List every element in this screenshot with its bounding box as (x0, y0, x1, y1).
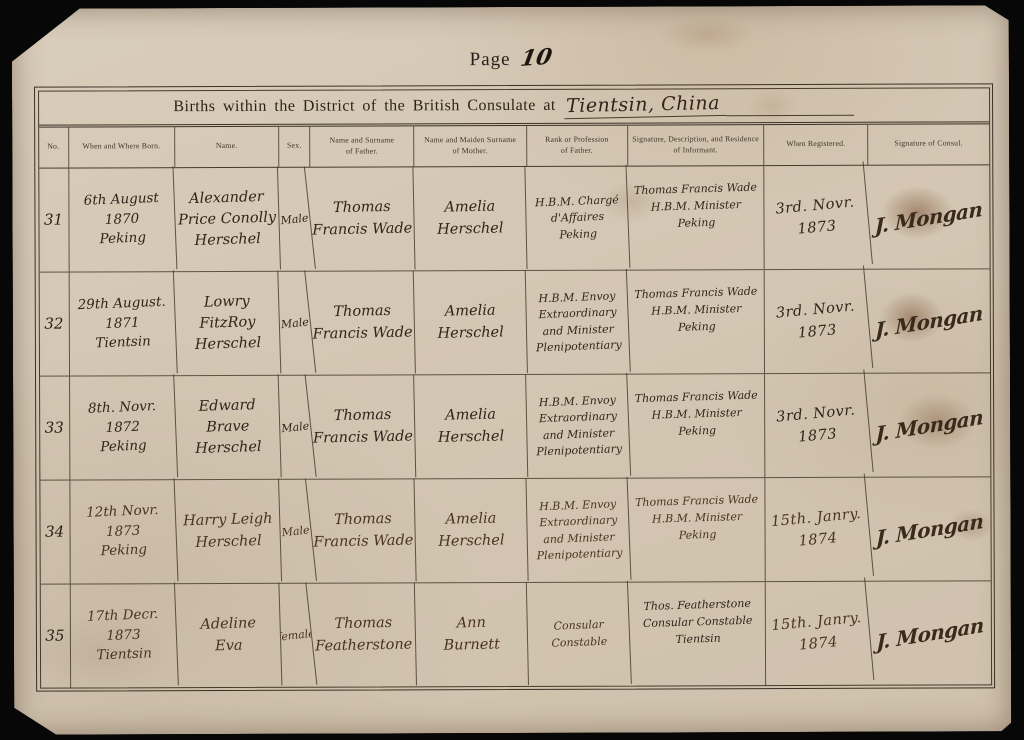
cell-born: 8th. Novr. 1872 Peking (68, 374, 178, 481)
cell-registered: 15th. Janry. 1874 (761, 577, 874, 689)
column-header-row: No. When and Where Born. Name. Sex. Name… (39, 124, 989, 168)
cell-informant: Thomas Francis Wade H.B.M. Minister Peki… (633, 172, 758, 233)
title-printed-text: Births within the District of the Britis… (173, 97, 556, 116)
cell-rank: Consular Constable (526, 580, 631, 687)
cell-informant: Thos. Featherstone Consular Constable Ti… (642, 588, 753, 648)
table-row: 34 12th Novr. 1873 Peking Harry Leigh He… (40, 477, 990, 584)
cell-no: 31 (39, 168, 69, 271)
col-header-name: Name. (175, 126, 279, 166)
cell-consul-signature: J. Mongan (870, 571, 990, 695)
births-register-table: Births within the District of the Britis… (34, 83, 995, 691)
col-header-mother: Name and Maiden Surname of Mother. (414, 125, 526, 165)
col-header-rank: Rank or Profession of Father. (527, 125, 628, 165)
page-number: 10 (518, 44, 554, 72)
cell-rank: H.B.M. Chargé d'Affaires Peking (525, 164, 630, 271)
cell-name: Lowry FitzRoy Herschel (174, 270, 281, 376)
cell-name: Harry Leigh Herschel (175, 478, 282, 584)
cell-name: Adeline Eva (175, 582, 282, 688)
cell-born: 29th August. 1871 Tientsin (67, 270, 177, 377)
page-header: Page 10 (12, 43, 1009, 72)
title-location-handwritten: Tientsin, China (564, 92, 726, 119)
cell-born: 12th Novr. 1873 Peking (68, 478, 178, 585)
cell-mother: Amelia Herschel (414, 373, 528, 478)
cell-no: 32 (39, 272, 69, 375)
cell-father: Thomas Featherstone (311, 582, 417, 687)
cell-consul-signature: J. Mongan (869, 363, 989, 487)
cell-registered: 3rd. Novr. 1873 (760, 265, 873, 377)
table-row: 31 6th August 1870 Peking Alexander Pric… (39, 165, 989, 272)
col-header-no: No. (39, 127, 69, 167)
col-header-informant: Signature, Description, and Residence of… (628, 125, 764, 165)
cell-mother: Amelia Herschel (415, 477, 529, 582)
cell-no: 35 (40, 584, 70, 687)
col-header-father: Name and Surname of Father. (310, 126, 414, 166)
cell-registered: 15th. Janry. 1874 (761, 473, 874, 585)
table-title: Births within the District of the Britis… (39, 88, 989, 127)
cell-father: Thomas Francis Wade (311, 478, 417, 583)
cell-consul-signature: J. Mongan (869, 259, 989, 383)
cell-informant: Thomas Francis Wade H.B.M. Minister Peki… (635, 484, 760, 545)
register-page-scan: Page 10 Births within the District of th… (12, 5, 1012, 734)
cell-father: Thomas Francis Wade (310, 374, 416, 479)
cell-mother: Amelia Herschel (414, 165, 528, 270)
cell-informant: Thomas Francis Wade H.B.M. Minister Peki… (634, 276, 759, 337)
cell-father: Thomas Francis Wade (309, 166, 415, 271)
cell-no: 34 (40, 480, 70, 583)
cell-rank: H.B.M. Envoy Extraordinary and Minister … (526, 372, 631, 479)
cell-name: Edward Brave Herschel (174, 374, 281, 480)
page-label: Page (470, 49, 511, 70)
cell-informant: Thomas Francis Wade H.B.M. Minister Peki… (634, 380, 759, 441)
cell-consul-signature: J. Mongan (869, 155, 989, 279)
cell-registered: 3rd. Novr. 1873 (761, 369, 874, 481)
title-underline-rule (726, 114, 854, 115)
table-row: 33 8th. Novr. 1872 Peking Edward Brave H… (40, 373, 990, 480)
col-header-sex: Sex. (279, 126, 310, 166)
cell-no: 33 (40, 376, 70, 479)
col-header-when-where-born: When and Where Born. (69, 127, 175, 167)
cell-born: 17th Decr. 1873 Tientsin (69, 582, 179, 689)
cell-father: Thomas Francis Wade (310, 270, 416, 375)
table-row: 32 29th August. 1871 Tientsin Lowry Fitz… (39, 269, 989, 376)
cell-mother: Amelia Herschel (414, 269, 528, 374)
cell-mother: Ann Burnett (415, 581, 529, 686)
col-header-when-registered: When Registered. (764, 124, 868, 164)
cell-registered: 3rd. Novr. 1873 (760, 161, 873, 273)
cell-consul-signature: J. Mongan (870, 467, 990, 591)
table-row: 35 17th Decr. 1873 Tientsin Adeline Eva … (40, 581, 990, 687)
cell-rank: H.B.M. Envoy Extraordinary and Minister … (526, 476, 631, 583)
cell-born: 6th August 1870 Peking (67, 166, 177, 273)
cell-name: Alexander Price Conolly Herschel (174, 166, 281, 272)
cell-rank: H.B.M. Envoy Extraordinary and Minister … (525, 268, 630, 375)
